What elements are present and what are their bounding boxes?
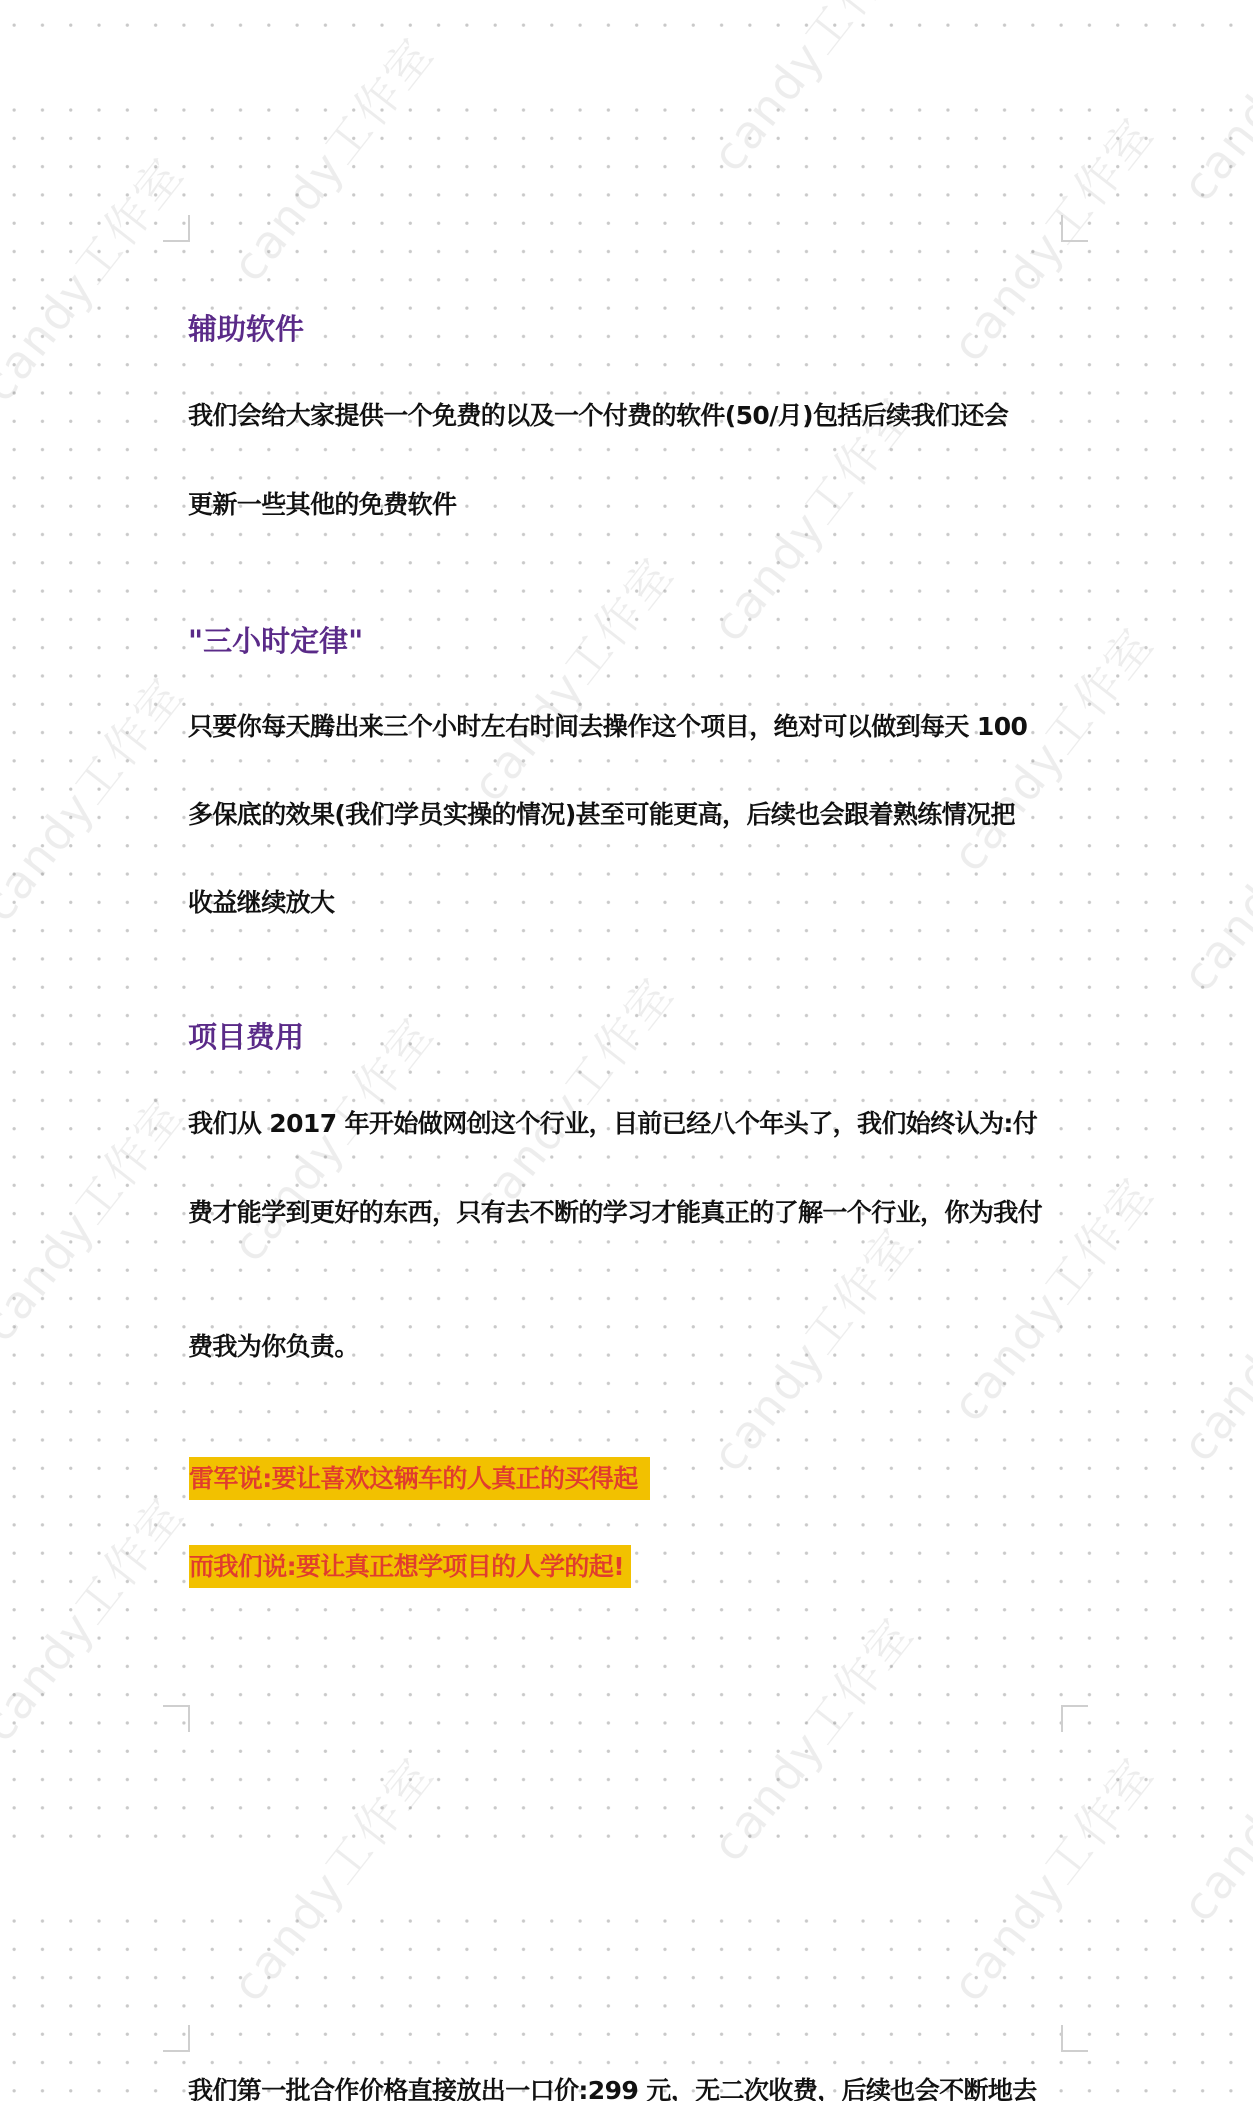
paragraph-line: 我们从 2017 年开始做网创这个行业，目前已经八个年头了，我们始终认为:付 bbox=[188, 1109, 1037, 1139]
margin-corner-mark bbox=[163, 215, 190, 242]
highlighted-quote: 雷军说:要让喜欢这辆车的人真正的买得起 bbox=[189, 1457, 650, 1500]
section-heading-assist-software: 辅助软件 bbox=[188, 313, 304, 345]
margin-corner-mark bbox=[1061, 2025, 1088, 2052]
paragraph-line: 只要你每天腾出来三个小时左右时间去操作这个项目，绝对可以做到每天 100 bbox=[188, 712, 1027, 742]
margin-corner-mark bbox=[1061, 215, 1088, 242]
margin-corner-mark bbox=[1061, 1705, 1088, 1732]
paragraph-line: 费才能学到更好的东西，只有去不断的学习才能真正的了解一个行业，你为我付 bbox=[188, 1198, 1042, 1228]
margin-corner-mark bbox=[163, 1705, 190, 1732]
page-gap bbox=[0, 1856, 1253, 1898]
page-gap bbox=[0, 48, 1253, 90]
section-heading-three-hour-rule: "三小时定律" bbox=[188, 625, 363, 657]
paragraph-line: 我们会给大家提供一个免费的以及一个付费的软件(50/月)包括后续我们还会 bbox=[188, 401, 1008, 431]
highlighted-quote: 而我们说:要让真正想学项目的人学的起! bbox=[189, 1545, 631, 1588]
margin-corner-mark bbox=[163, 2025, 190, 2052]
paragraph-line: 我们第一批合作价格直接放出一口价:299 元，无二次收费，后续也会不断地去 bbox=[188, 2076, 1037, 2101]
paragraph-line: 费我为你负责。 bbox=[188, 1332, 359, 1362]
paragraph-line: 收益继续放大 bbox=[188, 888, 334, 918]
section-heading-project-fee: 项目费用 bbox=[188, 1021, 304, 1053]
paragraph-line: 多保底的效果(我们学员实操的情况)甚至可能更高，后续也会跟着熟练情况把 bbox=[188, 800, 1015, 830]
paragraph-line: 更新一些其他的免费软件 bbox=[188, 490, 456, 520]
